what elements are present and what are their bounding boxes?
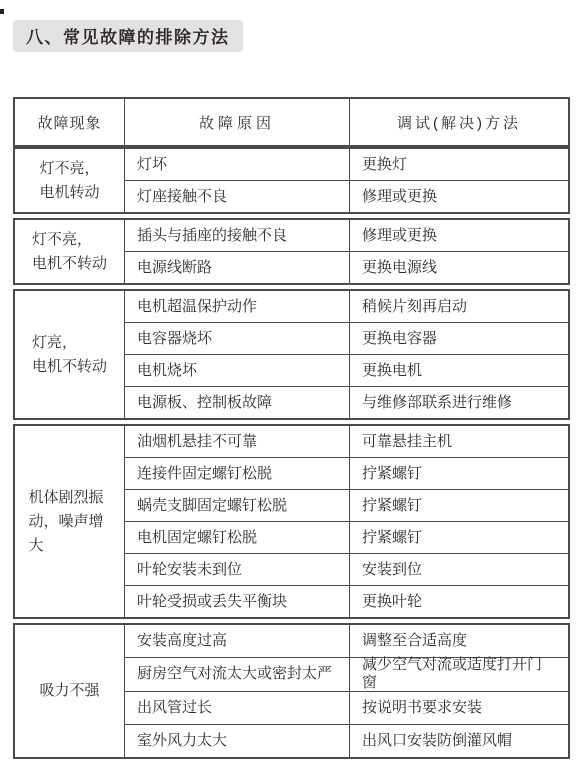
fault-row: 油烟机悬挂不可靠可靠悬挂主机	[125, 426, 568, 457]
fault-group-rows: 灯坏更换灯灯座接触不良修理或更换	[125, 149, 568, 212]
fault-group-rows: 油烟机悬挂不可靠可靠悬挂主机连接件固定螺钉松脱拧紧螺钉蜗壳支脚固定螺钉松脱拧紧螺…	[125, 426, 568, 617]
fault-row: 出风管过长按说明书要求安装	[125, 691, 568, 724]
fault-row: 电机烧坏更换电机	[125, 354, 568, 386]
fault-phenomenon-label: 机体剧烈振动，噪声增大	[29, 486, 111, 558]
fault-row: 室外风力太大出风口安装防倒灌风帽	[125, 724, 568, 757]
fault-row: 灯坏更换灯	[125, 149, 568, 180]
header-cell-cause: 故障原因	[125, 99, 350, 145]
fault-group: 吸力不强 安装高度过高调整至合适高度厨房空气对流太大或密封太严减少空气对流或适度…	[13, 623, 570, 759]
fault-phenomenon-label: 灯不亮， 电机转动	[39, 157, 99, 205]
fault-row: 连接件固定螺钉松脱拧紧螺钉	[125, 457, 568, 489]
fault-group: 灯不亮， 电机转动 灯坏更换灯灯座接触不良修理或更换	[13, 147, 570, 214]
fault-group: 机体剧烈振动，噪声增大 油烟机悬挂不可靠可靠悬挂主机连接件固定螺钉松脱拧紧螺钉蜗…	[13, 424, 570, 619]
fault-group-rows: 安装高度过高调整至合适高度厨房空气对流太大或密封太严减少空气对流或适度打开门窗出…	[125, 625, 568, 757]
fault-phenomenon-cell: 灯亮， 电机不转动	[15, 291, 125, 418]
fault-cause-cell: 室外风力太大	[125, 725, 350, 757]
fault-group: 灯亮， 电机不转动 电机超温保护动作稍候片刻再启动电容器烧坏更换电容器电机烧坏更…	[13, 289, 570, 420]
fault-cause-cell: 叶轮安装未到位	[125, 554, 350, 585]
fault-row: 蜗壳支脚固定螺钉松脱拧紧螺钉	[125, 489, 568, 521]
fault-cause-cell: 油烟机悬挂不可靠	[125, 426, 350, 457]
table-header-row: 故障现象 故障原因 调试(解决)方法	[13, 97, 570, 147]
fault-group-rows: 插头与插座的接触不良修理或更换电源线断路更换电源线	[125, 220, 568, 283]
fault-cause-cell: 电源板、控制板故障	[125, 387, 350, 418]
fault-method-cell: 可靠悬挂主机	[350, 426, 568, 457]
fault-cause-cell: 电机烧坏	[125, 355, 350, 386]
table-body: 灯不亮， 电机转动 灯坏更换灯灯座接触不良修理或更换 灯不亮， 电机不转动 插头…	[13, 147, 570, 759]
fault-row: 叶轮受损或丢失平衡块更换叶轮	[125, 585, 568, 617]
fault-cause-cell: 插头与插座的接触不良	[125, 220, 350, 251]
fault-method-cell: 更换电机	[350, 355, 568, 386]
fault-row: 电容器烧坏更换电容器	[125, 322, 568, 354]
fault-cause-cell: 电机超温保护动作	[125, 291, 350, 322]
fault-method-cell: 拧紧螺钉	[350, 490, 568, 521]
fault-row: 灯座接触不良修理或更换	[125, 180, 568, 212]
fault-method-cell: 调整至合适高度	[350, 625, 568, 657]
header-cell-phenomenon: 故障现象	[15, 99, 125, 145]
fault-method-cell: 出风口安装防倒灌风帽	[350, 725, 568, 757]
fault-method-cell: 与维修部联系进行维修	[350, 387, 568, 418]
fault-cause-cell: 蜗壳支脚固定螺钉松脱	[125, 490, 350, 521]
fault-method-cell: 更换电源线	[350, 252, 568, 283]
fault-group: 灯不亮， 电机不转动 插头与插座的接触不良修理或更换电源线断路更换电源线	[13, 218, 570, 285]
fault-row: 安装高度过高调整至合适高度	[125, 625, 568, 657]
fault-cause-cell: 出风管过长	[125, 692, 350, 724]
fault-cause-cell: 厨房空气对流太大或密封太严	[125, 658, 350, 690]
page-title: 八、常见故障的排除方法	[13, 20, 243, 52]
fault-phenomenon-label: 吸力不强	[39, 679, 99, 703]
fault-phenomenon-cell: 吸力不强	[15, 625, 125, 757]
fault-row: 电机固定螺钉松脱拧紧螺钉	[125, 521, 568, 553]
fault-method-cell: 更换灯	[350, 149, 568, 180]
fault-cause-cell: 灯坏	[125, 149, 350, 180]
fault-cause-cell: 电机固定螺钉松脱	[125, 522, 350, 553]
fault-phenomenon-label: 灯亮， 电机不转动	[32, 331, 107, 379]
fault-method-cell: 拧紧螺钉	[350, 522, 568, 553]
fault-cause-cell: 灯座接触不良	[125, 181, 350, 212]
fault-phenomenon-cell: 灯不亮， 电机不转动	[15, 220, 125, 283]
fault-method-cell: 修理或更换	[350, 181, 568, 212]
fault-row: 厨房空气对流太大或密封太严减少空气对流或适度打开门窗	[125, 657, 568, 690]
fault-phenomenon-cell: 机体剧烈振动，噪声增大	[15, 426, 125, 617]
fault-method-cell: 更换叶轮	[350, 586, 568, 617]
fault-row: 插头与插座的接触不良修理或更换	[125, 220, 568, 251]
fault-method-cell: 稍候片刻再启动	[350, 291, 568, 322]
fault-method-cell: 拧紧螺钉	[350, 458, 568, 489]
fault-cause-cell: 电容器烧坏	[125, 323, 350, 354]
fault-cause-cell: 连接件固定螺钉松脱	[125, 458, 350, 489]
fault-row: 电机超温保护动作稍候片刻再启动	[125, 291, 568, 322]
fault-cause-cell: 电源线断路	[125, 252, 350, 283]
fault-phenomenon-cell: 灯不亮， 电机转动	[15, 149, 125, 212]
fault-cause-cell: 叶轮受损或丢失平衡块	[125, 586, 350, 617]
fault-group-rows: 电机超温保护动作稍候片刻再启动电容器烧坏更换电容器电机烧坏更换电机电源板、控制板…	[125, 291, 568, 418]
fault-method-cell: 按说明书要求安装	[350, 692, 568, 724]
fault-phenomenon-label: 灯不亮， 电机不转动	[32, 228, 107, 276]
fault-method-cell: 安装到位	[350, 554, 568, 585]
fault-row: 电源线断路更换电源线	[125, 251, 568, 283]
troubleshooting-table: 故障现象 故障原因 调试(解决)方法 灯不亮， 电机转动 灯坏更换灯灯座接触不良…	[13, 97, 570, 759]
fault-method-cell: 减少空气对流或适度打开门窗	[350, 658, 568, 690]
fault-cause-cell: 安装高度过高	[125, 625, 350, 657]
fault-row: 电源板、控制板故障与维修部联系进行维修	[125, 386, 568, 418]
fault-method-cell: 更换电容器	[350, 323, 568, 354]
page-edge-mark	[0, 9, 4, 14]
fault-method-cell: 修理或更换	[350, 220, 568, 251]
fault-row: 叶轮安装未到位安装到位	[125, 553, 568, 585]
header-cell-method: 调试(解决)方法	[350, 99, 568, 145]
